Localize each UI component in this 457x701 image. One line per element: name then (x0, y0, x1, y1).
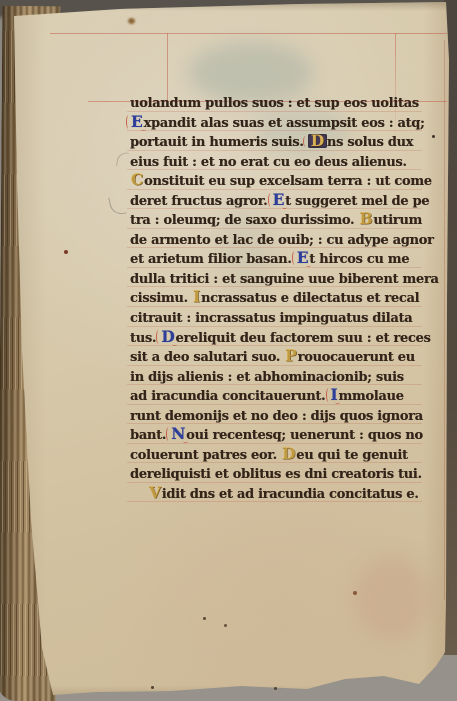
text-run: uolandum pullos suos : et sup eos uolita… (130, 96, 419, 111)
manuscript-line: portauit in humeris suis. Dns solus dux (130, 133, 430, 153)
speck (203, 617, 206, 620)
manuscript-line: sit a deo salutari suo. Prouocauerunt eu (130, 348, 430, 368)
text-run: cissimu. (130, 291, 192, 306)
text-run: sit a deo salutari suo. (130, 350, 284, 365)
illuminated-initial: E (296, 251, 310, 265)
manuscript-line: in dijs alienis : et abhominacionib; sui… (130, 368, 430, 388)
text-run: bant. (130, 428, 170, 443)
text-run: eius fuit : et no erat cu eo deus alienu… (130, 155, 407, 170)
manuscript-line: coluerunt patres eor. Deu qui te genuit (130, 446, 430, 466)
illuminated-initial: I (192, 290, 201, 304)
illuminated-initial: B (358, 212, 373, 226)
manuscript-line: et arietum filior basan. Et hircos cu me (130, 250, 430, 270)
speck (64, 250, 68, 254)
text-run: oui recentesq; uenerunt : quos no (186, 428, 423, 443)
text-run: ns solus dux (327, 135, 413, 150)
text-run: in dijs alienis : et abhominacionib; sui… (130, 370, 404, 385)
manuscript-line: tra : oleumq; de saxo durissimo. Butirum (130, 211, 430, 231)
illuminated-initial: E (130, 115, 144, 129)
illuminated-initial: D (308, 134, 327, 148)
manuscript-line: Expandit alas suas et assumpsit eos : at… (130, 114, 430, 134)
speck (274, 687, 277, 690)
illuminated-initial: V (148, 486, 162, 500)
speck (224, 624, 227, 627)
manuscript-line: de armento et lac de ouib; : cu adype ag… (130, 231, 430, 251)
illuminated-initial: P (284, 349, 297, 363)
text-run: ad iracundia concitauerunt. (130, 389, 330, 404)
manuscript-line: cissimu. Incrassatus e dilectatus et rec… (130, 289, 430, 309)
text-run: dulla tritici : et sanguine uue biberent… (130, 272, 439, 287)
text-run: idit dns et ad iracundia concitatus e. (162, 487, 419, 502)
text-block: uolandum pullos suos : et sup eos uolita… (130, 94, 430, 504)
text-run: citrauit : incrassatus impinguatus dilat… (130, 311, 412, 326)
manuscript-line: citrauit : incrassatus impinguatus dilat… (130, 309, 430, 329)
illuminated-initial: E (272, 193, 286, 207)
manuscript-line: Vidit dns et ad iracundia concitatus e. (130, 485, 430, 505)
speck (353, 591, 357, 595)
illuminated-initial: D (160, 330, 175, 344)
speck (151, 686, 154, 689)
text-run: ereliquit deu factorem suu : et reces (175, 331, 430, 346)
illuminated-initial: N (170, 427, 186, 441)
text-run: deret fructus agror. (130, 194, 272, 209)
speck (432, 135, 435, 138)
manuscript-line: ad iracundia concitauerunt. Immolaue (130, 387, 430, 407)
manuscript-line: bant. Noui recentesq; uenerunt : quos no (130, 426, 430, 446)
text-run: tra : oleumq; de saxo durissimo. (130, 213, 358, 228)
text-run: dereliquisti et oblitus es dni creatoris… (130, 467, 422, 482)
text-run: ncrassatus e dilectatus et recal (201, 291, 419, 306)
manuscript-line: eius fuit : et no erat cu eo deus alienu… (130, 153, 430, 173)
text-run: utirum (373, 213, 422, 228)
text-run: rouocauerunt eu (298, 350, 415, 365)
manuscript-line: uolandum pullos suos : et sup eos uolita… (130, 94, 430, 114)
text-run: runt demonijs et no deo : dijs quos igno… (130, 409, 423, 424)
manuscript-line: deret fructus agror. Et suggeret mel de … (130, 192, 430, 212)
manuscript-line: dulla tritici : et sanguine uue biberent… (130, 270, 430, 290)
text-run: mmolaue (338, 389, 403, 404)
text-run: coluerunt patres eor. (130, 448, 281, 463)
manuscript-line: tus. Dereliquit deu factorem suu : et re… (130, 329, 430, 349)
text-run: portauit in humeris suis. (130, 135, 308, 150)
text-run: onstituit eu sup excelsam terra : ut com… (144, 174, 432, 189)
illuminated-initial: C (130, 173, 144, 187)
text-run: et arietum filior basan. (130, 252, 296, 267)
text-run: eu qui te genuit (296, 448, 407, 463)
manuscript-photo: uolandum pullos suos : et sup eos uolita… (0, 0, 457, 701)
illuminated-initial: D (281, 447, 296, 461)
text-run: xpandit alas suas et assumpsit eos : atq… (144, 116, 425, 131)
manuscript-line: dereliquisti et oblitus es dni creatoris… (130, 465, 430, 485)
illuminated-initial: I (330, 388, 339, 402)
text-run: de armento et lac de ouib; : cu adype ag… (130, 233, 434, 248)
text-run: t suggeret mel de pe (285, 194, 429, 209)
text-run: t hircos cu me (309, 252, 409, 267)
manuscript-line: Constituit eu sup excelsam terra : ut co… (130, 172, 430, 192)
